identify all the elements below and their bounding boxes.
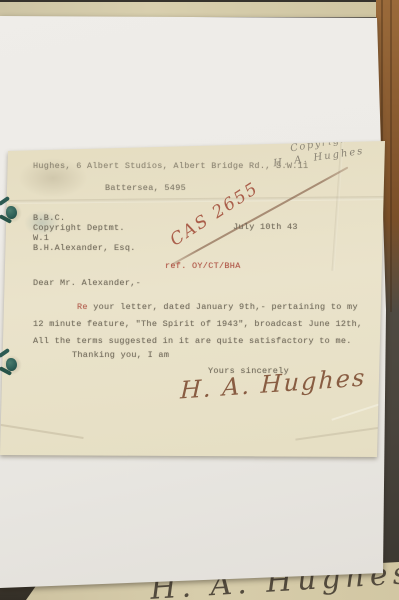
recipient-dept: Copyright Deptmt. — [33, 223, 125, 233]
body-line-1-red: Re — [77, 302, 88, 312]
binding-tag-bottom — [0, 349, 26, 381]
salutation: Dear Mr. Alexander,- — [33, 278, 141, 288]
letterhead-address: Hughes, 6 Albert Studios, Albert Bridge … — [33, 161, 308, 171]
body-line-1: Re your letter, dated January 9th,- pert… — [77, 302, 358, 312]
recipient-org: B.B.C. — [33, 213, 65, 223]
letter-date: July 10th 43 — [233, 222, 298, 232]
fold-crease — [295, 425, 389, 440]
fold-crease — [331, 397, 398, 421]
binding-tag-top — [0, 197, 26, 229]
fold-crease — [8, 196, 385, 204]
body-line-3: All the terms suggested in it are quite … — [33, 336, 352, 346]
body-line-1-rest: your letter, dated January 9th,- pertain… — [88, 302, 358, 312]
typed-letter-sheet: Hughes, 6 Albert Studios, Albert Bridge … — [0, 0, 399, 600]
reference-line: ref. OY/CT/BHA — [165, 261, 241, 271]
recipient-district: W.1 — [33, 233, 49, 243]
letterhead-phone: Battersea, 5495 — [105, 183, 186, 193]
letter-shadow: Hughes, 6 Albert Studios, Albert Bridge … — [0, 0, 399, 600]
fold-crease — [0, 423, 84, 439]
photographed-letter-page: H. A. Hughes Hughes, 6 Albert Studios, A… — [0, 0, 399, 600]
body-line-4: Thanking you, I am — [72, 350, 169, 360]
recipient-name: B.H.Alexander, Esq. — [33, 243, 136, 253]
body-line-2: 12 minute feature, "The Spirit of 1943",… — [33, 319, 362, 329]
